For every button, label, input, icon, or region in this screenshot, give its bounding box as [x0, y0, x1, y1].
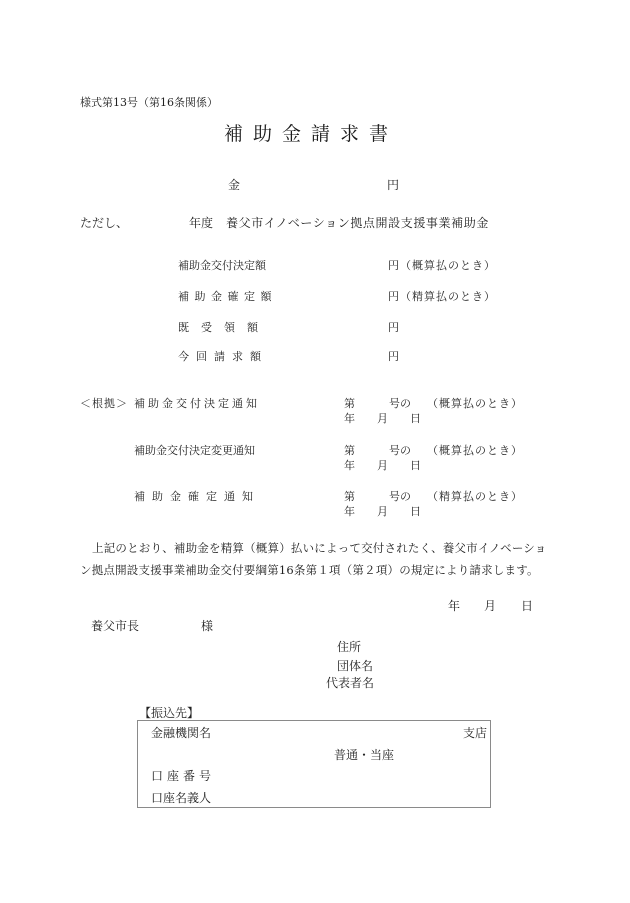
amount-row-label: 補助金交付決定額 — [178, 259, 266, 273]
basis-item-dai: 第 — [344, 490, 355, 504]
document-page: 様式第13号（第16条関係） 補助金請求書 金 円 ただし、 年度 養父市イノベ… — [0, 0, 630, 903]
amount-row-unit: 円 — [388, 350, 399, 364]
amount-row-note: （精算払のとき） — [400, 290, 496, 304]
basis-item-year: 年 — [344, 412, 355, 426]
basis-item-year: 年 — [344, 505, 355, 519]
basis-item-name: 補助金確定通知 — [134, 490, 260, 504]
amount-row-label: 今回請求額 — [178, 350, 268, 364]
bank-account-holder-label: 口座名義人 — [151, 791, 211, 805]
basis-item-note: （概算払のとき） — [427, 444, 523, 458]
amount-row-note: （概算払のとき） — [400, 259, 496, 273]
amount-row-label: 補助金確定額 — [178, 290, 277, 304]
basis-item-go: 号の — [389, 490, 411, 504]
page-title: 補助金請求書 — [224, 122, 398, 146]
amount-unit: 円 — [387, 178, 399, 192]
amount-row-unit: 円 — [388, 290, 399, 304]
purpose-year-label: 年度 — [189, 216, 213, 230]
basis-item-month: 月 — [377, 505, 388, 519]
basis-item-name: 補助金交付決定変更通知 — [134, 444, 255, 458]
basis-item-go: 号の — [389, 397, 411, 411]
date-year: 年 — [448, 599, 460, 613]
purpose-prefix: ただし、 — [80, 216, 128, 230]
basis-item-note: （精算払のとき） — [427, 490, 523, 504]
amount-row-unit: 円 — [388, 321, 399, 335]
basis-item-day: 日 — [410, 459, 421, 473]
bank-heading: 【振込先】 — [139, 706, 199, 720]
basis-item-year: 年 — [344, 459, 355, 473]
bank-institution-label: 金融機関名 — [151, 726, 211, 740]
basis-item-month: 月 — [377, 412, 388, 426]
bank-account-type: 普通・当座 — [334, 748, 394, 762]
addressee-name: 養父市長 — [91, 619, 139, 633]
applicant-org-label: 団体名 — [337, 659, 373, 673]
applicant-rep-label: 代表者名 — [326, 676, 374, 690]
amount-row-label: 既受領額 — [178, 321, 270, 335]
program-name: 養父市イノベーション拠点開設支援事業補助金 — [226, 216, 489, 230]
basis-item-go: 号の — [389, 444, 411, 458]
amount-row-unit: 円 — [388, 259, 399, 273]
basis-item-note: （概算払のとき） — [427, 397, 523, 411]
basis-item-name: 補助金交付決定通知 — [134, 397, 260, 411]
bank-info-box: 金融機関名 支店 普通・当座 口座番号 口座名義人 — [137, 720, 491, 808]
basis-item-month: 月 — [377, 459, 388, 473]
bank-account-number-label: 口座番号 — [151, 769, 215, 783]
form-number: 様式第13号（第16条関係） — [80, 96, 218, 110]
basis-item-dai: 第 — [344, 444, 355, 458]
amount-label: 金 — [228, 178, 240, 192]
basis-item-day: 日 — [410, 412, 421, 426]
date-day: 日 — [521, 599, 533, 613]
date-month: 月 — [484, 599, 496, 613]
basis-item-day: 日 — [410, 505, 421, 519]
addressee-honorific: 様 — [201, 619, 213, 633]
request-statement: 上記のとおり、補助金を精算（概算）払いによって交付されたく、養父市イノベーション… — [80, 537, 555, 581]
basis-item-dai: 第 — [344, 397, 355, 411]
applicant-address-label: 住所 — [337, 640, 361, 654]
basis-label: ＜根拠＞ — [80, 397, 128, 411]
bank-branch-label: 支店 — [463, 726, 487, 740]
